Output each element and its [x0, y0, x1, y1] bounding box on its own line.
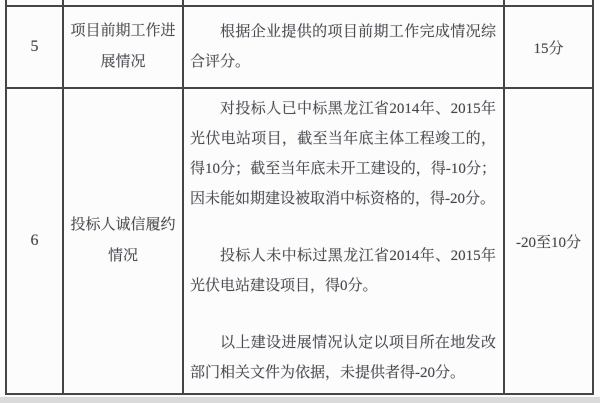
- scoring-criteria-table: 5 项目前期工作进展情况 根据企业提供的项目前期工作完成情况综合评分。 15分 …: [5, 0, 594, 395]
- category-cell: 项目前期工作进展情况: [63, 6, 183, 88]
- row-number-cell: 6: [6, 88, 63, 394]
- table-row-5: 5 项目前期工作进展情况 根据企业提供的项目前期工作完成情况综合评分。 15分: [6, 6, 593, 88]
- criteria-paragraph: 根据企业提供的项目前期工作完成情况综合评分。: [190, 17, 496, 77]
- criteria-description-cell: 对投标人已中标黑龙江省2014年、2015年光伏电站项目，截至当年底主体工程竣工…: [183, 88, 504, 394]
- criteria-paragraph: 对投标人已中标黑龙江省2014年、2015年光伏电站项目，截至当年底主体工程竣工…: [190, 94, 496, 214]
- score-range-cell: -20至10分: [504, 88, 593, 394]
- criteria-paragraph: 以上建设进展情况认定以项目所在地发改部门相关文件为依据，未提供者得-20分。: [190, 328, 496, 388]
- criteria-paragraph: 投标人未中标过黑龙江省2014年、2015年光伏电站建设项目，得0分。: [190, 241, 496, 301]
- category-cell: 投标人诚信履约情况: [63, 88, 183, 394]
- score-range-cell: 15分: [504, 6, 593, 88]
- table-row-6: 6 投标人诚信履约情况 对投标人已中标黑龙江省2014年、2015年光伏电站项目…: [6, 88, 593, 394]
- scanned-document-page: 5 项目前期工作进展情况 根据企业提供的项目前期工作完成情况综合评分。 15分 …: [0, 0, 600, 403]
- row-number-cell: 5: [6, 6, 63, 88]
- criteria-description-cell: 根据企业提供的项目前期工作完成情况综合评分。: [183, 6, 504, 88]
- page-bottom-edge: [0, 397, 600, 403]
